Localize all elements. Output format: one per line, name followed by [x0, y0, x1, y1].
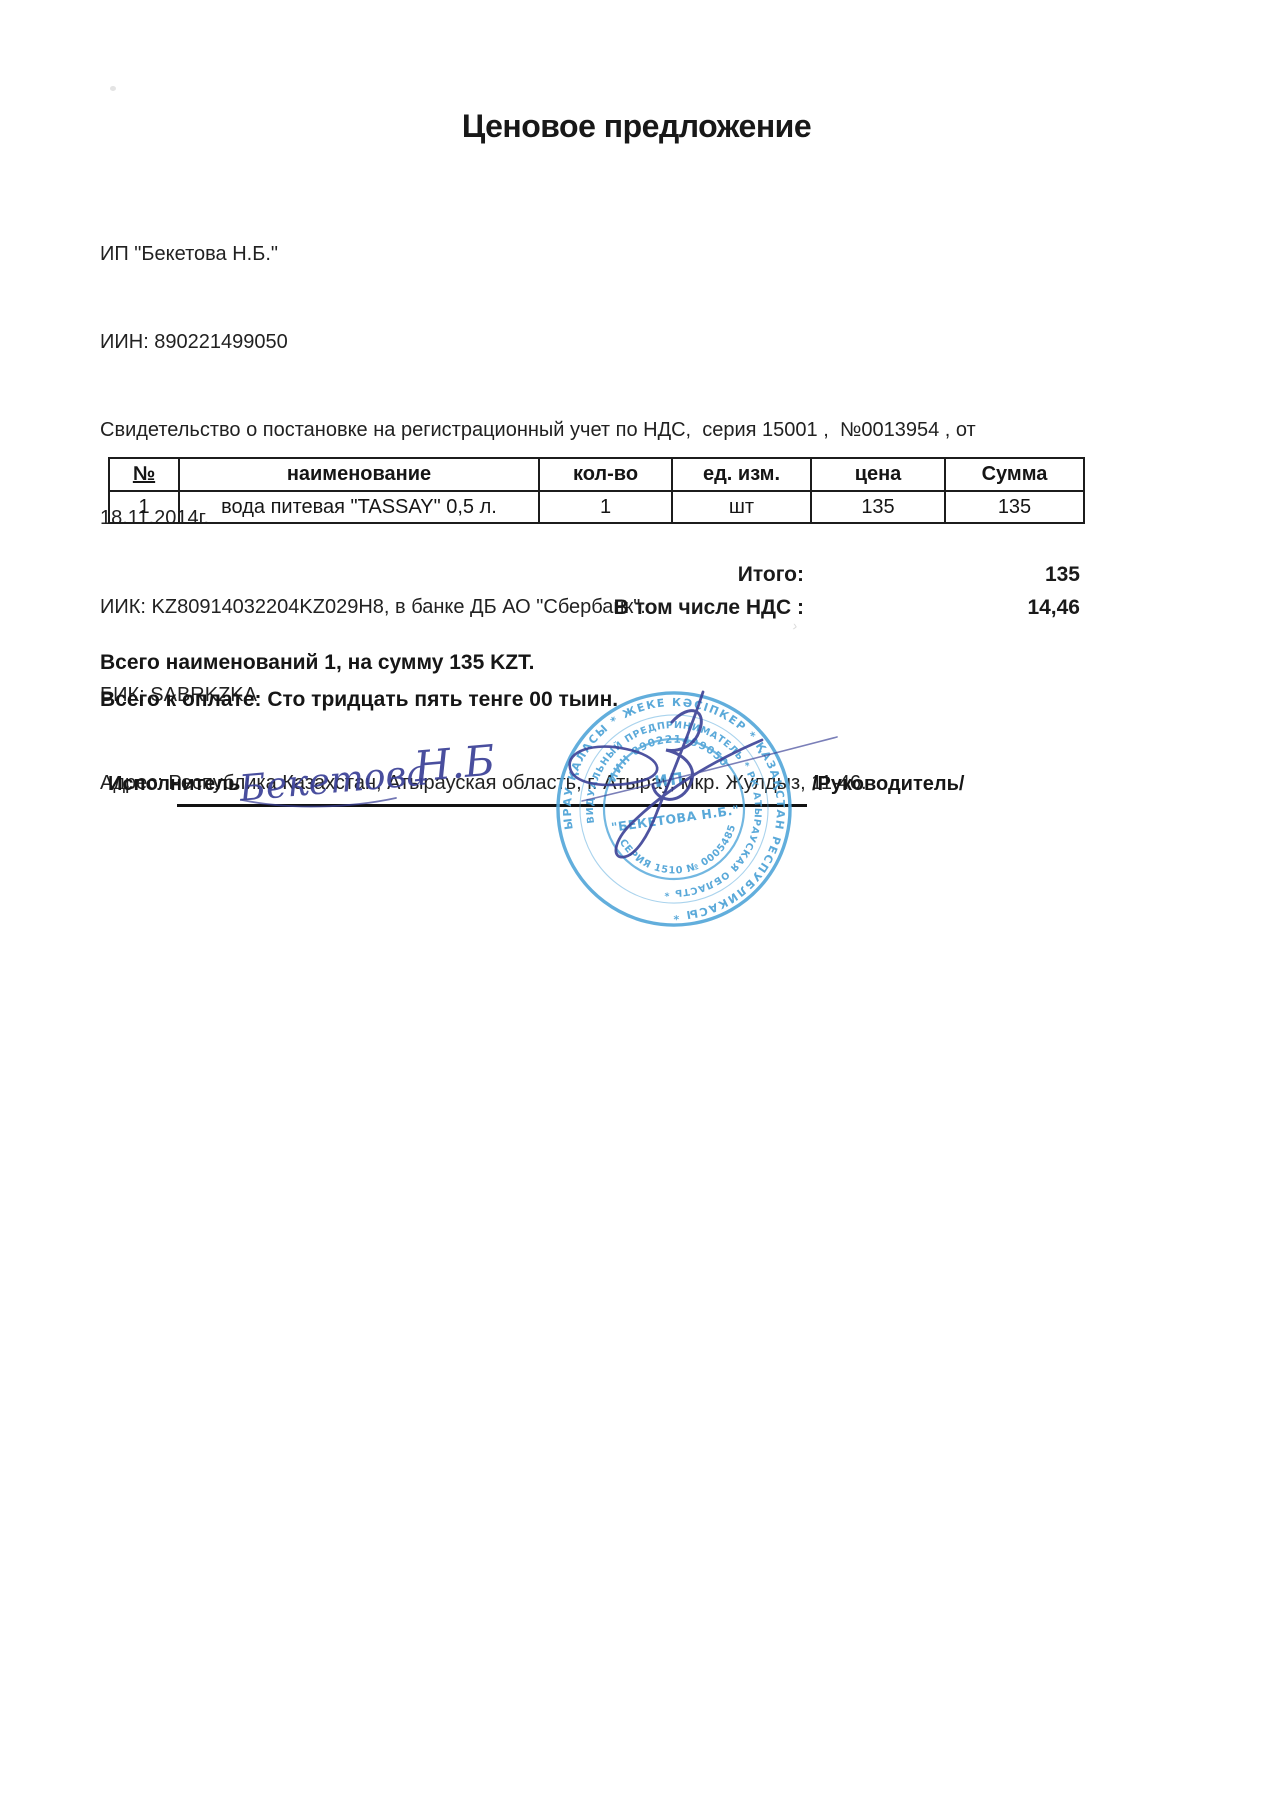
seller-name-line: ИП "Бекетова Н.Б." — [100, 240, 1000, 269]
document-title: Ценовое предложение — [0, 108, 1273, 145]
total-value: 135 — [930, 563, 1080, 587]
scan-speck — [110, 86, 116, 91]
executor-label: Исполнитель — [108, 773, 240, 796]
cell-price: 135 — [811, 491, 945, 523]
table-header-row: № наименование кол-во ед. изм. цена Сумм… — [109, 458, 1084, 491]
table-row: 1 вода питевая "TASSAY" 0,5 л. 1 шт 135 … — [109, 491, 1084, 523]
header-sum: Сумма — [945, 458, 1084, 491]
seller-iin-line: ИИН: 890221499050 — [100, 328, 1000, 357]
header-number: № — [109, 458, 179, 491]
stamp-owner-name-text: "БЕКЕТОВА Н.Б." — [610, 802, 740, 835]
company-stamp: АТЫРАУ ОБЛЫСЫ * АТЫРАУ ҚАЛАСЫ * ЖЕКЕ КӘС… — [554, 689, 794, 929]
header-price: цена — [811, 458, 945, 491]
manager-label: /Руководитель/ — [812, 773, 964, 796]
document-page: Ценовое предложение ИП "Бекетова Н.Б." И… — [0, 0, 1273, 1800]
stamp-seal-icon: АТЫРАУ ОБЛЫСЫ * АТЫРАУ ҚАЛАСЫ * ЖЕКЕ КӘС… — [554, 689, 794, 929]
vat-value: 14,46 — [930, 596, 1080, 620]
cell-unit: шт — [672, 491, 811, 523]
cell-number: 1 — [109, 491, 179, 523]
summary-items-line: Всего наименований 1, на сумму 135 KZT. — [100, 651, 534, 675]
header-unit: ед. изм. — [672, 458, 811, 491]
vat-label: В том числе НДС : — [504, 596, 804, 620]
scan-artifact: › — [792, 617, 808, 631]
summary-payable-line: Всего к оплате: Сто тридцать пять тенге … — [100, 688, 618, 712]
total-label: Итого: — [504, 563, 804, 587]
header-name: наименование — [179, 458, 539, 491]
stamp-ip-text: ИП — [653, 768, 686, 791]
header-quantity: кол-во — [539, 458, 672, 491]
seller-certificate-line: Свидетельство о постановке на регистраци… — [100, 416, 1000, 445]
items-table: № наименование кол-во ед. изм. цена Сумм… — [108, 457, 1085, 524]
cell-name: вода питевая "TASSAY" 0,5 л. — [179, 491, 539, 523]
cell-quantity: 1 — [539, 491, 672, 523]
cell-sum: 135 — [945, 491, 1084, 523]
